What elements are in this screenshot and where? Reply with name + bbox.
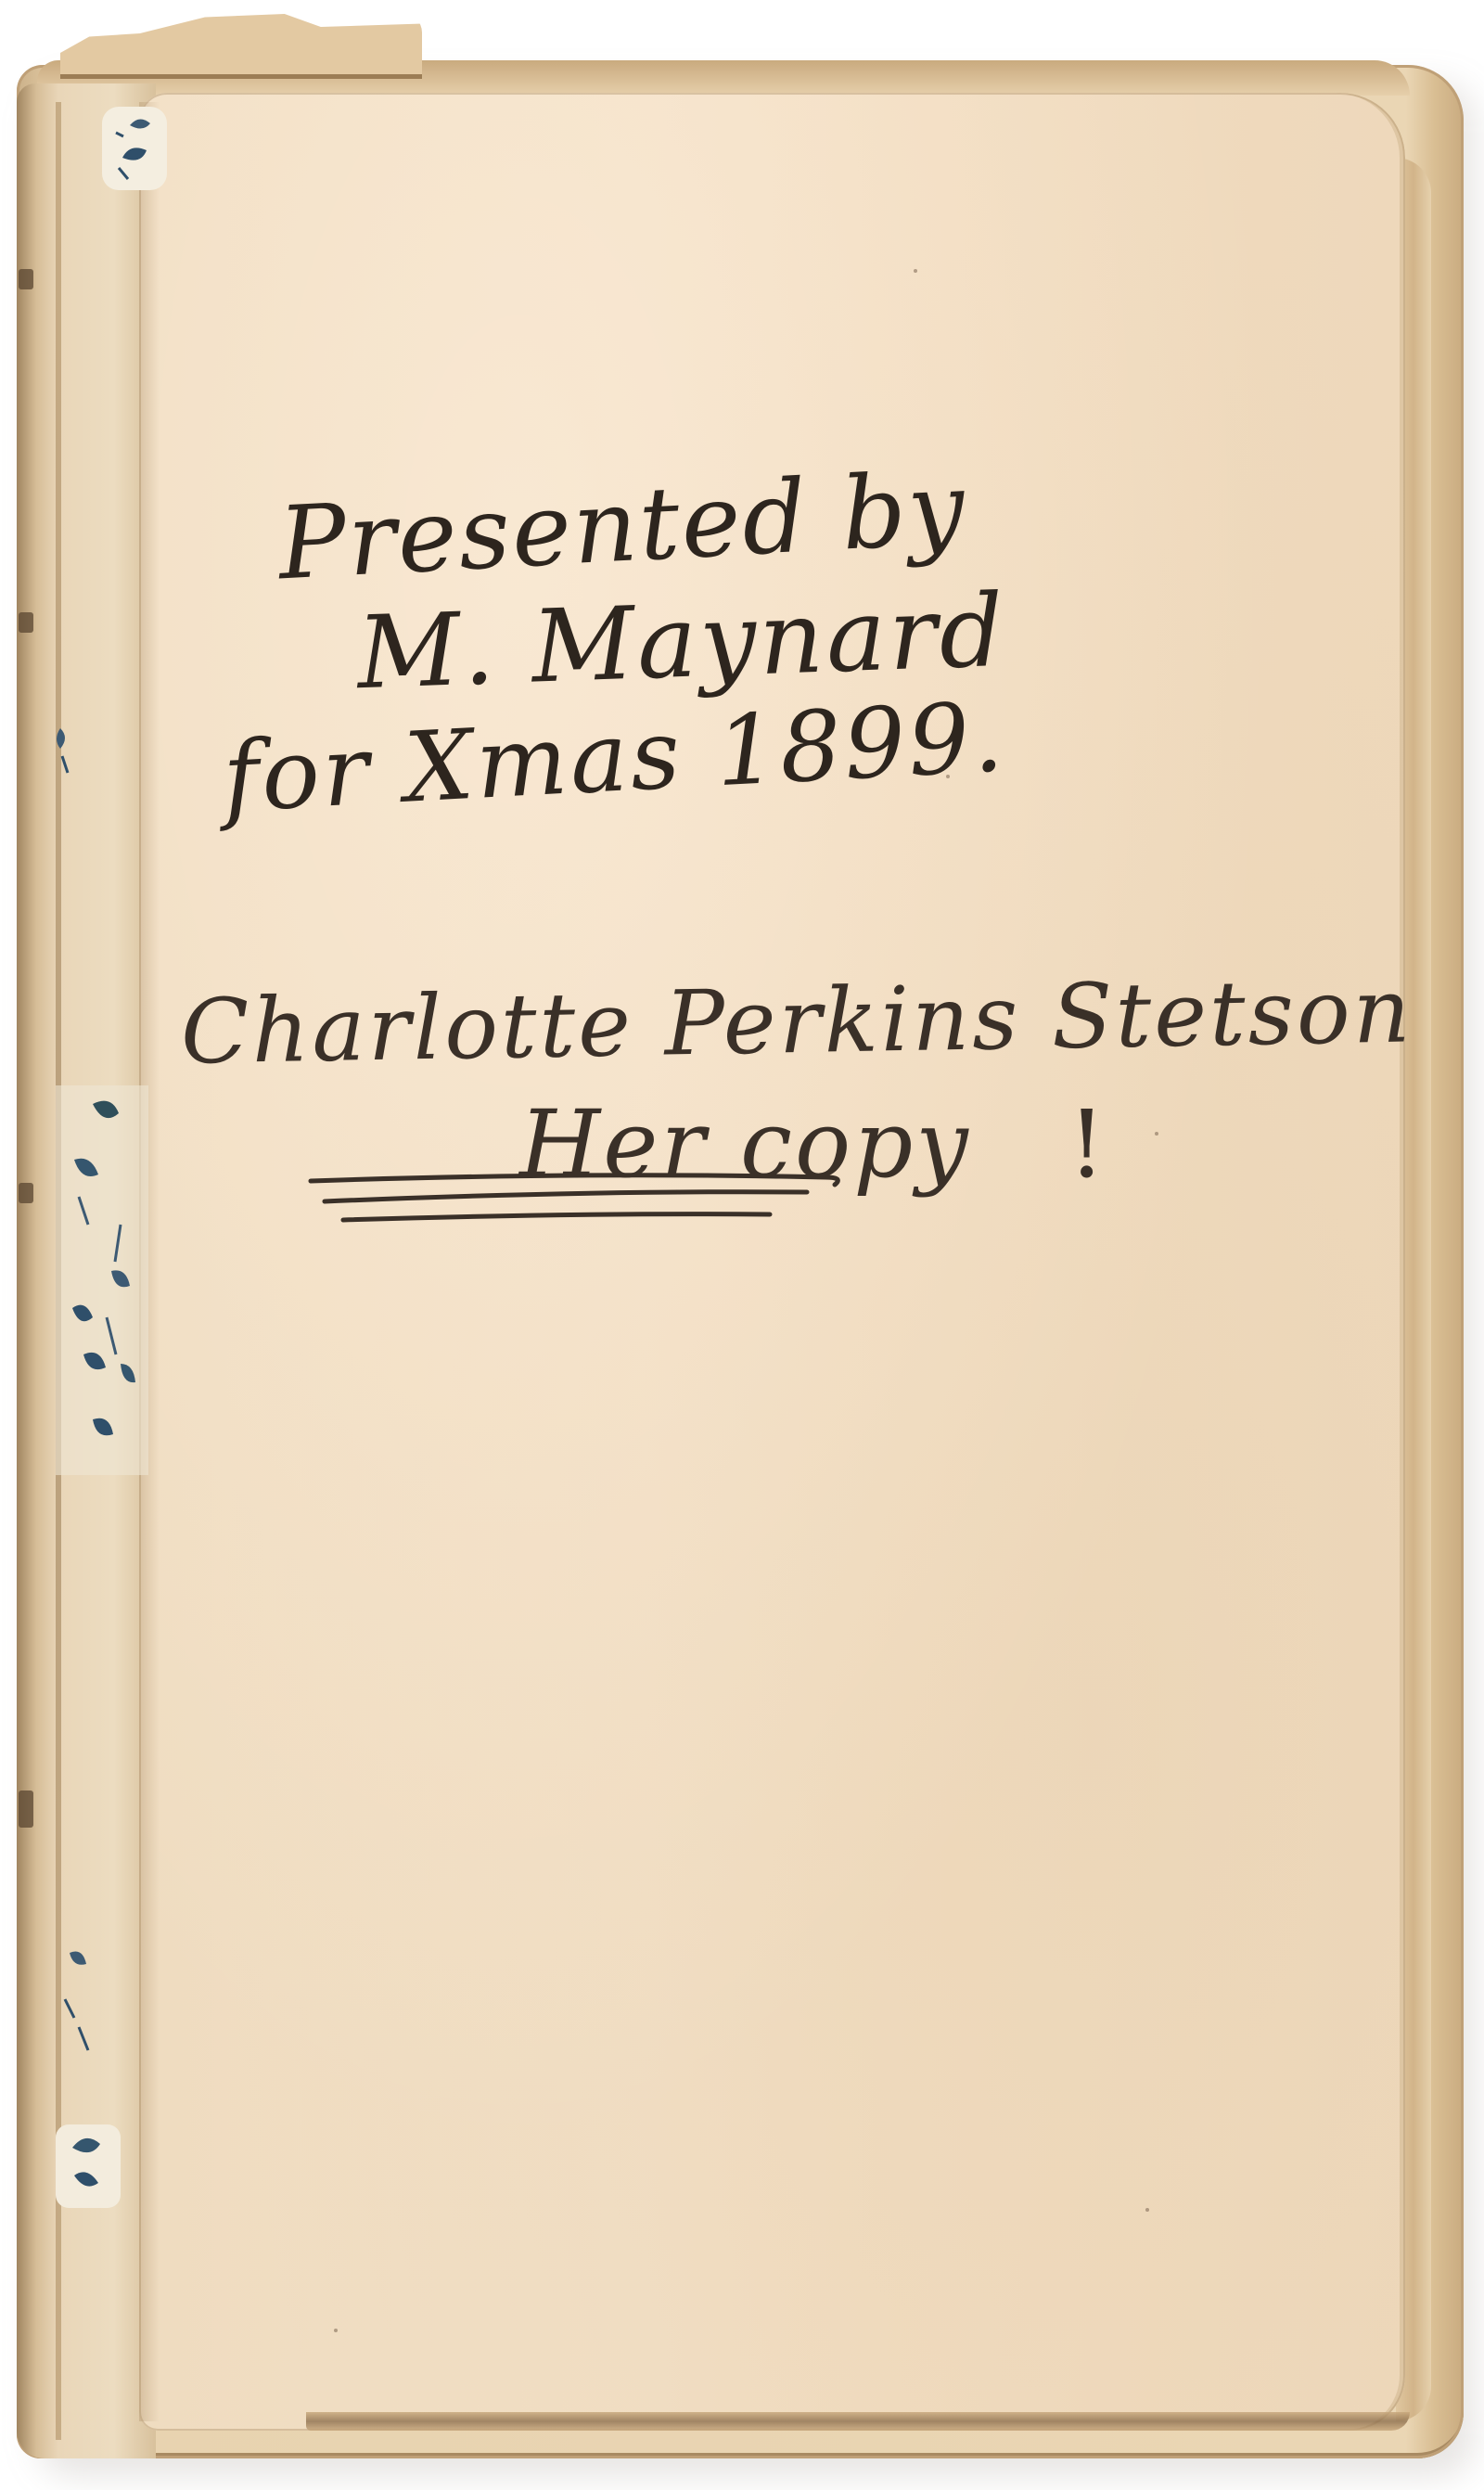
floral-pattern-icon	[102, 107, 167, 190]
paper-speck	[1145, 2208, 1149, 2212]
floral-pattern-icon	[56, 2124, 121, 2208]
torn-top-corner	[60, 14, 422, 79]
spine-damage	[19, 1183, 33, 1203]
exclamation-mark: !	[1068, 1090, 1108, 1199]
inscription-owner-name: Charlotte Perkins Stetson	[180, 958, 1414, 1084]
spine-damage	[19, 269, 33, 289]
floral-pattern-icon	[51, 1944, 107, 2083]
triple-underline-icon	[306, 1164, 900, 1242]
paper-speck	[914, 269, 917, 273]
book-photograph: Presented by M. Maynard for Xmas 1899. C…	[0, 0, 1484, 2490]
spine-damage	[19, 1790, 33, 1828]
paper-speck	[334, 2329, 338, 2332]
bottom-page-edge	[306, 2412, 1410, 2431]
floral-pattern-icon	[51, 724, 79, 779]
spine-damage	[19, 612, 33, 633]
floral-pattern-icon	[56, 1085, 148, 1475]
flyleaf-page	[139, 93, 1405, 2431]
paper-speck	[1155, 1132, 1158, 1136]
